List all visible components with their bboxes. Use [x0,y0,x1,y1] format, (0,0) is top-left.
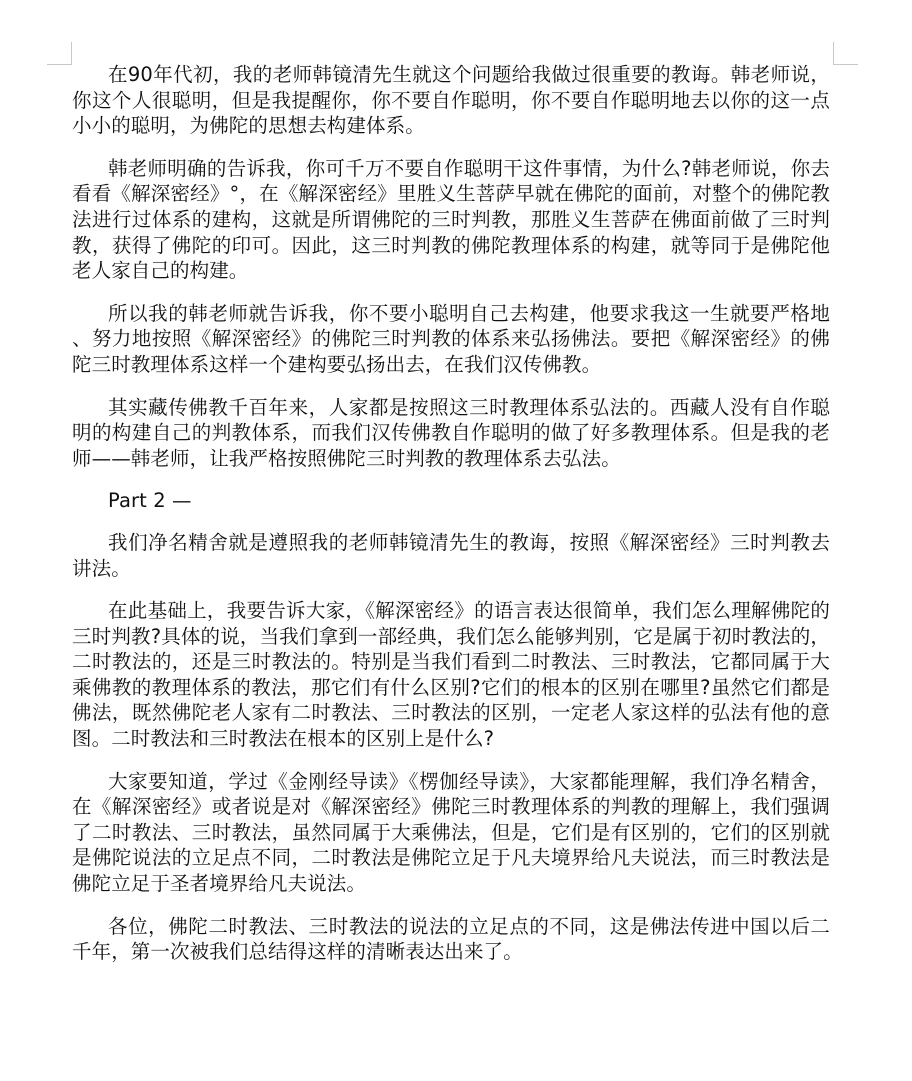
page-corner-mark-top-right [833,42,858,65]
document-page: 在90年代初，我的老师韩镜清先生就这个问题给我做过很重要的教诲。韩老师说，你这个… [72,62,830,982]
paragraph-1: 在90年代初，我的老师韩镜清先生就这个问题给我做过很重要的教诲。韩老师说，你这个… [72,62,830,139]
paragraph-5: 我们净名精舍就是遵照我的老师韩镜清先生的教诲，按照《解深密经》三时判教去讲法。 [72,530,830,581]
paragraph-4: 其实藏传佛教千百年来，人家都是按照这三时教理体系弘法的。西藏人没有自作聪明的构建… [72,395,830,472]
paragraph-2: 韩老师明确的告诉我，你可千万不要自作聪明干这件事情，为什么?韩老师说，你去看看《… [72,156,830,284]
page-corner-mark-top-left [47,42,72,65]
paragraph-7: 大家要知道，学过《金刚经导读》《楞伽经导读》，大家都能理解，我们净名精舍，在《解… [72,769,830,897]
paragraph-6: 在此基础上，我要告诉大家，《解深密经》的语言表达很简单，我们怎么理解佛陀的三时判… [72,598,830,752]
section-heading-part-2: Part 2 — [72,488,830,514]
paragraph-8: 各位，佛陀二时教法、三时教法的说法的立足点的不同，这是佛法传进中国以后二千年，第… [72,914,830,965]
paragraph-3: 所以我的韩老师就告诉我，你不要小聪明自己去构建，他要求我这一生就要严格地、努力地… [72,301,830,378]
